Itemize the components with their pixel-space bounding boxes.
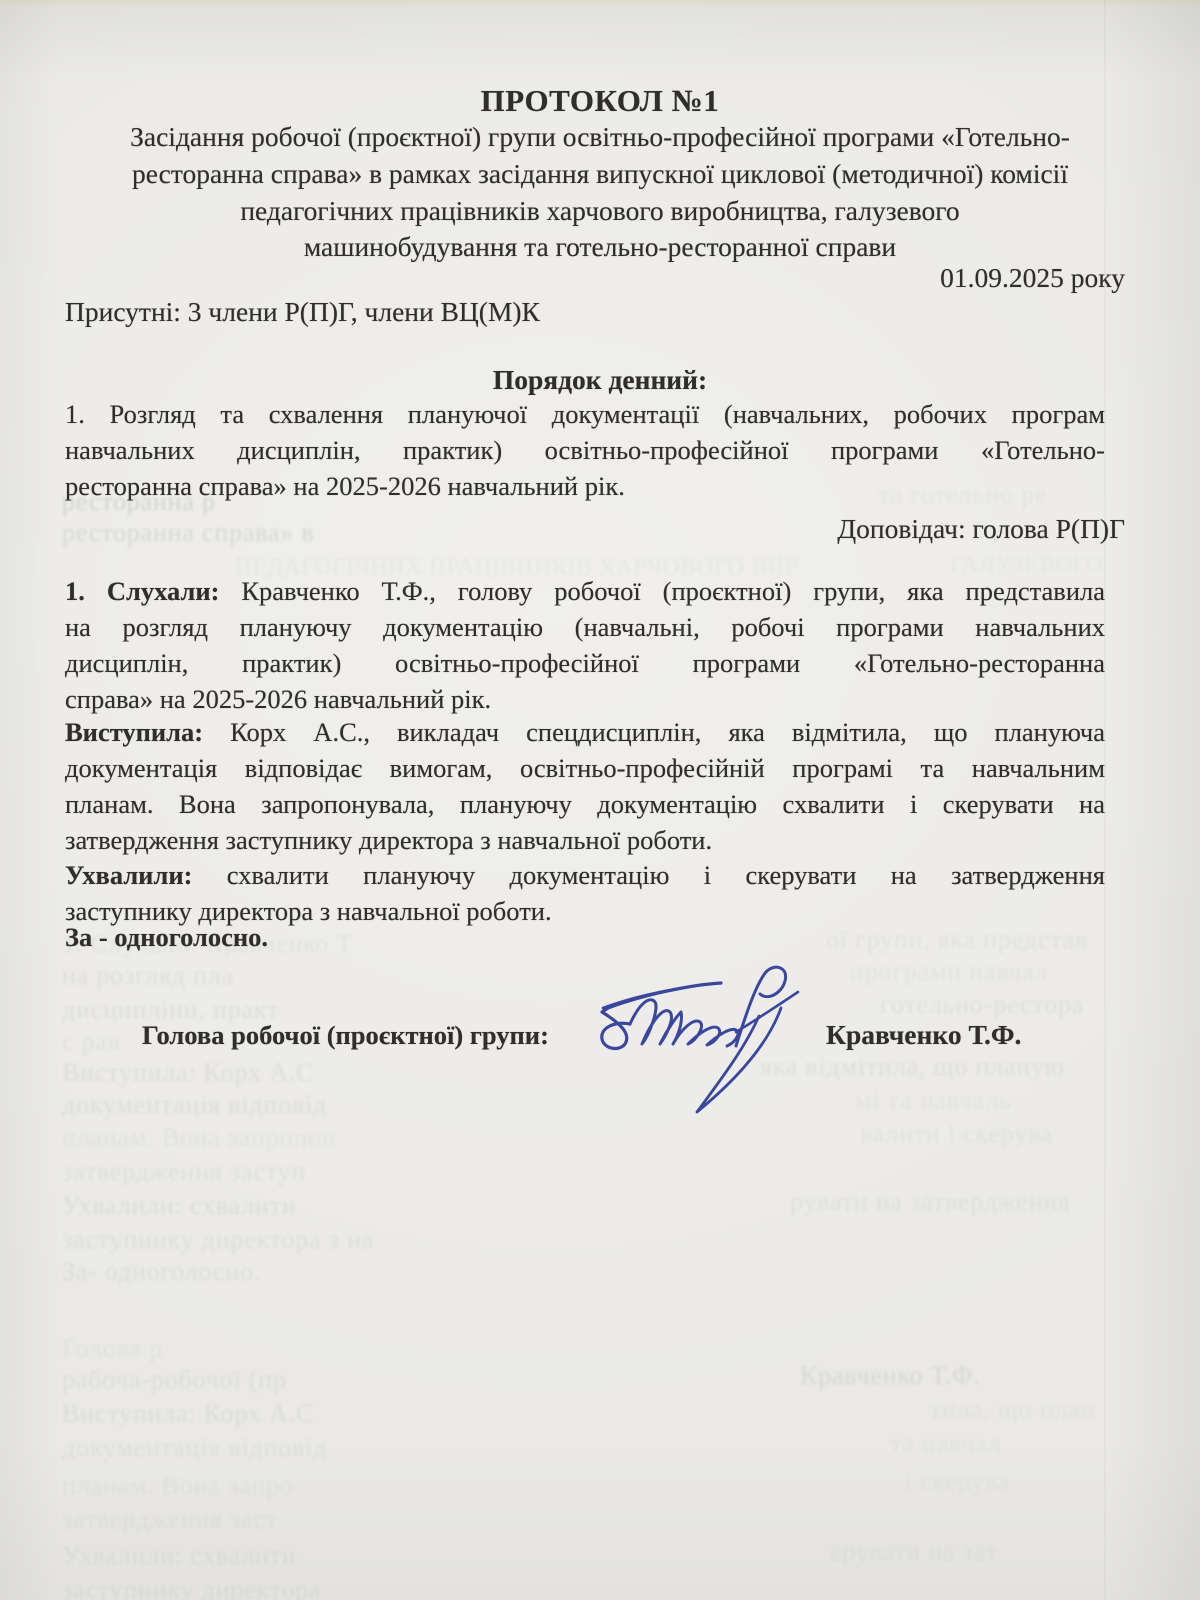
doc-line-agenda-item-1-line-3: ресторанна справа» на 2025-2026 навчальн… [65, 470, 1105, 503]
doc-line-agenda-heading: Порядок денний: [60, 363, 1140, 397]
signature-ink [578, 952, 858, 1132]
doc-line-heard-line-3: дисциплін, практик) освітньо-професійної… [65, 647, 1105, 683]
doc-line-agenda-item-1-line-1: 1. Розгляд та схвалення плануючої докуме… [65, 398, 1105, 434]
doc-line-heard-line-1: 1. Слухали: Кравченко Т.Ф., голову робоч… [65, 575, 1105, 611]
text-layer: ПРОТОКОЛ №1Засідання робочої (проєктної)… [0, 0, 1200, 1600]
doc-line-spoke-line-4: затвердження заступнику директора з навч… [65, 824, 1105, 857]
doc-line-header-line-2: ресторанна справа» в рамках засідання ви… [60, 157, 1140, 191]
doc-line-resolved-line-1: Ухвалили: схвалити плануючу документацію… [65, 859, 1105, 895]
doc-line-header-line-1: Засідання робочої (проєктної) групи осві… [60, 120, 1140, 154]
doc-line-date: 01.09.2025 року [65, 261, 1125, 295]
doc-line-attendees: Присутні: 3 члени Р(П)Г, члени ВЦ(М)К [65, 295, 1105, 329]
doc-line-spoke-line-2: документація відповідає вимогам, освітнь… [65, 752, 1105, 788]
doc-line-signature-name: Кравченко Т.Ф. [826, 1018, 1126, 1052]
doc-line-speaker: Доповідач: голова Р(П)Г [65, 512, 1125, 546]
doc-line-heard-line-2: на розгляд плануючу документацію (навчал… [65, 611, 1105, 647]
doc-line-spoke-line-1: Виступила: Корх А.С., викладач спецдисци… [65, 716, 1105, 752]
scanned-document-page: ресторанна рта готельно рересторанна спр… [0, 0, 1200, 1600]
doc-line-title: ПРОТОКОЛ №1 [60, 82, 1140, 121]
doc-line-spoke-line-3: планам. Вона запропонувала, плануючу док… [65, 788, 1105, 824]
doc-line-header-line-3: педагогічних працівників харчового вироб… [60, 194, 1140, 228]
doc-line-vote: За - одноголосно. [65, 921, 1105, 954]
doc-line-heard-line-4: справа» на 2025-2026 навчальний рік. [65, 683, 1105, 716]
doc-line-header-line-4: машинобудування та готельно-ресторанної … [60, 230, 1140, 264]
doc-line-agenda-item-1-line-2: навчальних дисциплін, практик) освітньо-… [65, 434, 1105, 470]
